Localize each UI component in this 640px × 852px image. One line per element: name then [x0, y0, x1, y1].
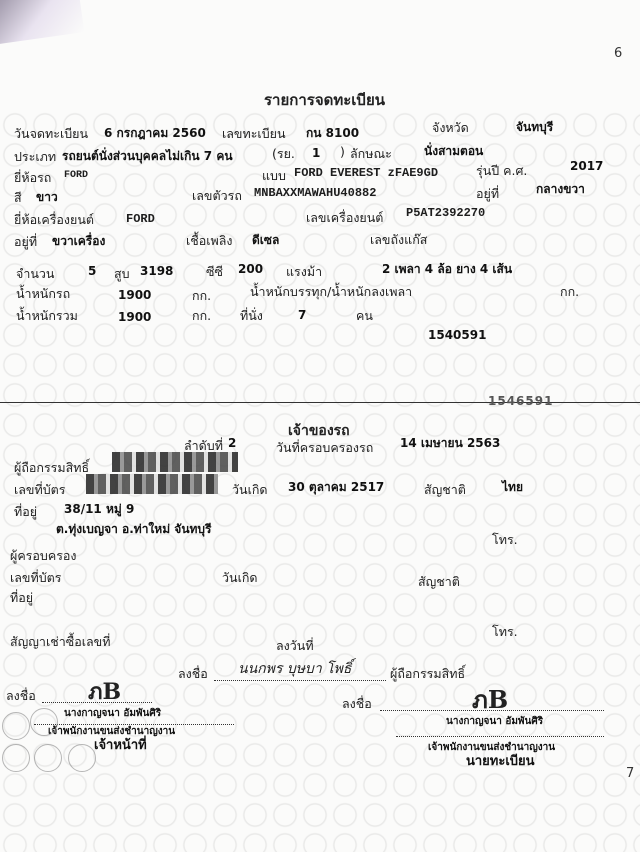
plate: กน 8100	[306, 124, 359, 143]
model: FORD EVEREST zFAE9GD	[294, 166, 438, 180]
officer-sign-label: ลงชื่อ	[6, 686, 36, 706]
possessor-dob-label: วันเกิด	[222, 568, 258, 588]
serial-strike: 1546591	[488, 394, 553, 408]
plate-label: เลขทะเบียน	[222, 124, 286, 144]
hp-unit: แรงม้า	[286, 262, 322, 282]
horsepower: 200	[238, 262, 263, 276]
holder-role: ผู้ถือกรรมสิทธิ์	[390, 664, 465, 684]
possessor-phone-label: โทร.	[492, 622, 518, 642]
registrar-role: นายทะเบียน	[466, 750, 535, 771]
type-label: ประเภท	[14, 147, 56, 167]
chassis-location: กลางขวา	[536, 180, 585, 199]
province-label: จังหวัด	[432, 118, 469, 138]
fuel-label: เชื้อเพลิง	[186, 231, 233, 251]
stamp-mark	[30, 708, 58, 736]
holder-sign-label: ลงชื่อ	[178, 664, 208, 684]
page-number-top: 6	[614, 46, 622, 61]
seats-label: ที่นั่ง	[240, 306, 263, 326]
fuel: ดีเซล	[252, 231, 279, 250]
type-code: 1	[312, 146, 320, 160]
engine-location: ขวาเครื่อง	[52, 232, 105, 251]
page-corner-shadow	[0, 0, 84, 47]
color-label: สี	[14, 188, 22, 208]
holder-signature: นนกพร บุษบา โพธิ์	[238, 658, 351, 680]
gross-weight: 1900	[118, 310, 151, 324]
registration-title: รายการจดทะเบียน	[264, 88, 385, 112]
province: จันทบุรี	[516, 118, 553, 137]
page-number-bottom: 7	[626, 766, 634, 781]
vehicle-type: รถยนต์นั่งส่วนบุคคลไม่เกิน 7 คน	[62, 147, 233, 166]
cylinders: 5	[88, 264, 96, 278]
style-label: ลักษณะ	[350, 144, 392, 164]
engine-number: P5AT2392270	[406, 206, 485, 220]
reg-date-label: วันจดทะเบียน	[14, 124, 88, 144]
gross-unit: กก.	[192, 306, 211, 326]
lease-contract-label: สัญญาเช่าซื้อเลขที่	[10, 632, 110, 652]
stamp-mark	[68, 744, 96, 772]
possessor-label: ผู้ครอบครอง	[10, 546, 77, 566]
serial-number: 1540591	[428, 328, 486, 342]
stamp-mark	[2, 712, 30, 740]
owner-dob: 30 ตุลาคม 2517	[288, 478, 384, 497]
cc: 3198	[140, 264, 173, 278]
seats-unit: คน	[356, 306, 373, 326]
owner-phone-label: โทร.	[492, 530, 518, 550]
reg-date: 6 กรกฎาคม 2560	[104, 124, 206, 143]
redacted-holder-name	[112, 452, 238, 472]
model-year-label: รุ่นปี ค.ศ.	[476, 161, 527, 181]
owner-dob-label: วันเกิด	[232, 480, 268, 500]
stamp-mark	[2, 744, 30, 772]
possessor-address-label: ที่อยู่	[10, 588, 33, 608]
possession-date: 14 เมษายน 2563	[400, 434, 500, 453]
seats: 7	[298, 308, 306, 322]
stamp-mark	[34, 744, 62, 772]
owner-nationality-label: สัญชาติ	[424, 480, 466, 500]
gas-tank-label: เลขถังแก๊ส	[370, 230, 427, 250]
owner-address-label: ที่อยู่	[14, 502, 37, 522]
redacted-id-number	[86, 474, 218, 494]
chassis-location-label: อยู่ที่	[476, 184, 499, 204]
type-code-close: )	[340, 144, 345, 159]
weight-unit: กก.	[192, 286, 211, 306]
brand: FORD	[64, 170, 88, 181]
chassis-label: เลขตัวรถ	[192, 186, 242, 206]
officer-initials: ภB	[88, 674, 121, 709]
engine-brand-label: ยี่ห้อเครื่องยนต์	[14, 210, 94, 230]
owner-nationality: ไทย	[502, 478, 523, 497]
owner-address-line2: ต.ทุ่งเบญจา อ.ท่าใหม่ จันทบุรี	[56, 520, 212, 539]
weight: 1900	[118, 288, 151, 302]
order-number: 2	[228, 436, 236, 450]
possession-label: วันที่ครอบครองรถ	[276, 438, 373, 458]
engine-no-label: เลขเครื่องยนต์	[306, 208, 383, 228]
weight-label: น้ำหนักรถ	[16, 284, 70, 304]
model-label: แบบ	[262, 166, 286, 186]
lease-date-label: ลงวันที่	[276, 636, 314, 656]
officer-role: เจ้าหน้าที่	[94, 734, 147, 755]
cylinders-label: จำนวน	[16, 264, 54, 284]
model-year: 2017	[570, 159, 603, 173]
possessor-id-label: เลขที่บัตร	[10, 568, 61, 588]
payload-unit: กก.	[560, 282, 579, 302]
vehicle-style: นั่งสามตอน	[424, 142, 483, 161]
owner-address-line1: 38/11 หมู่ 9	[64, 500, 134, 519]
engine-brand: FORD	[126, 212, 155, 226]
color: ขาว	[36, 188, 58, 207]
axles: 2 เพลา 4 ล้อ ยาง 4 เส้น	[382, 260, 512, 279]
possessor-nationality-label: สัญชาติ	[418, 572, 460, 592]
gross-label: น้ำหนักรวม	[16, 306, 78, 326]
registrar-name-line	[396, 728, 604, 737]
owner-id-label: เลขที่บัตร	[14, 480, 65, 500]
payload-label: น้ำหนักบรรทุก/น้ำหนักลงเพลา	[250, 282, 412, 302]
cc-unit: ซีซี	[206, 262, 223, 282]
holder-label: ผู้ถือกรรมสิทธิ์	[14, 458, 89, 478]
cylinders-unit: สูบ	[114, 264, 130, 284]
type-code-open: (รย.	[272, 144, 295, 164]
engine-location-label: อยู่ที่	[14, 232, 37, 252]
registrar-sign-label: ลงชื่อ	[342, 694, 372, 714]
brand-label: ยี่ห้อรถ	[14, 168, 51, 188]
chassis-number: MNBAXXMAWAHU40882	[254, 186, 376, 200]
registrar-name: นางกาญจนา อัมพันศิริ	[446, 714, 543, 729]
